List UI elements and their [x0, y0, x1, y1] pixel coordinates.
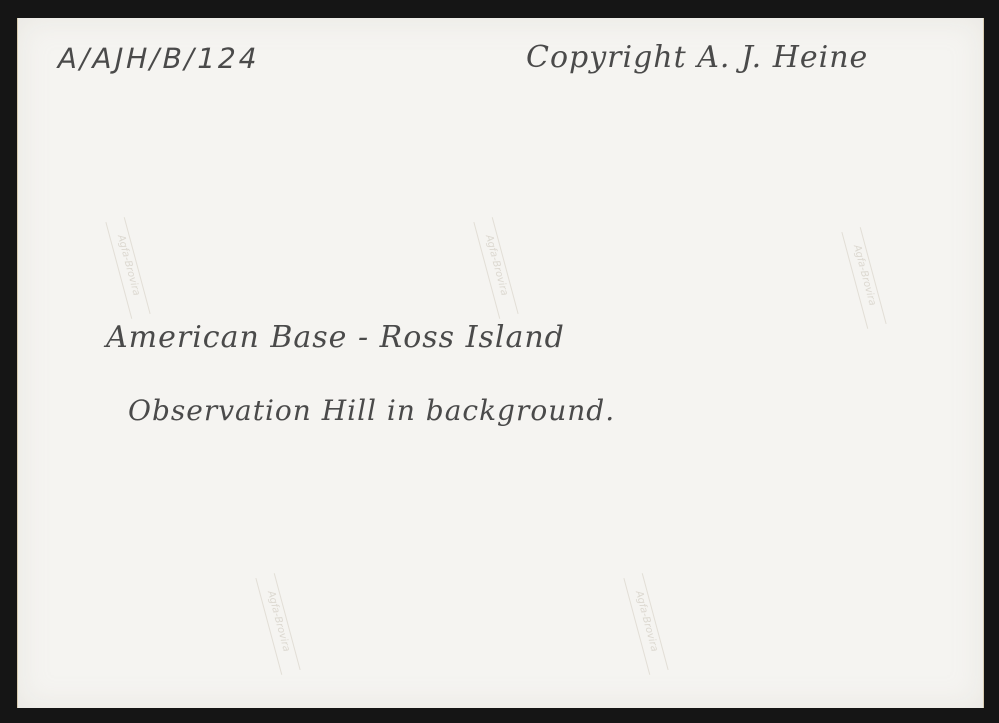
- photo-back-card: A/AJH/B/124 Copyright A. J. Heine Americ…: [17, 18, 984, 708]
- caption-line-2: Observation Hill in background.: [128, 394, 615, 427]
- caption-line-1: American Base - Ross Island: [106, 320, 565, 355]
- watermark: Agfa-Brovira: [623, 573, 668, 675]
- watermark: Agfa-Brovira: [255, 573, 300, 675]
- copyright-notice: Copyright A. J. Heine: [526, 40, 868, 75]
- watermark: Agfa-Brovira: [841, 227, 886, 329]
- reference-number: A/AJH/B/124: [54, 42, 263, 75]
- watermark: Agfa-Brovira: [105, 217, 150, 319]
- watermark: Agfa-Brovira: [473, 217, 518, 319]
